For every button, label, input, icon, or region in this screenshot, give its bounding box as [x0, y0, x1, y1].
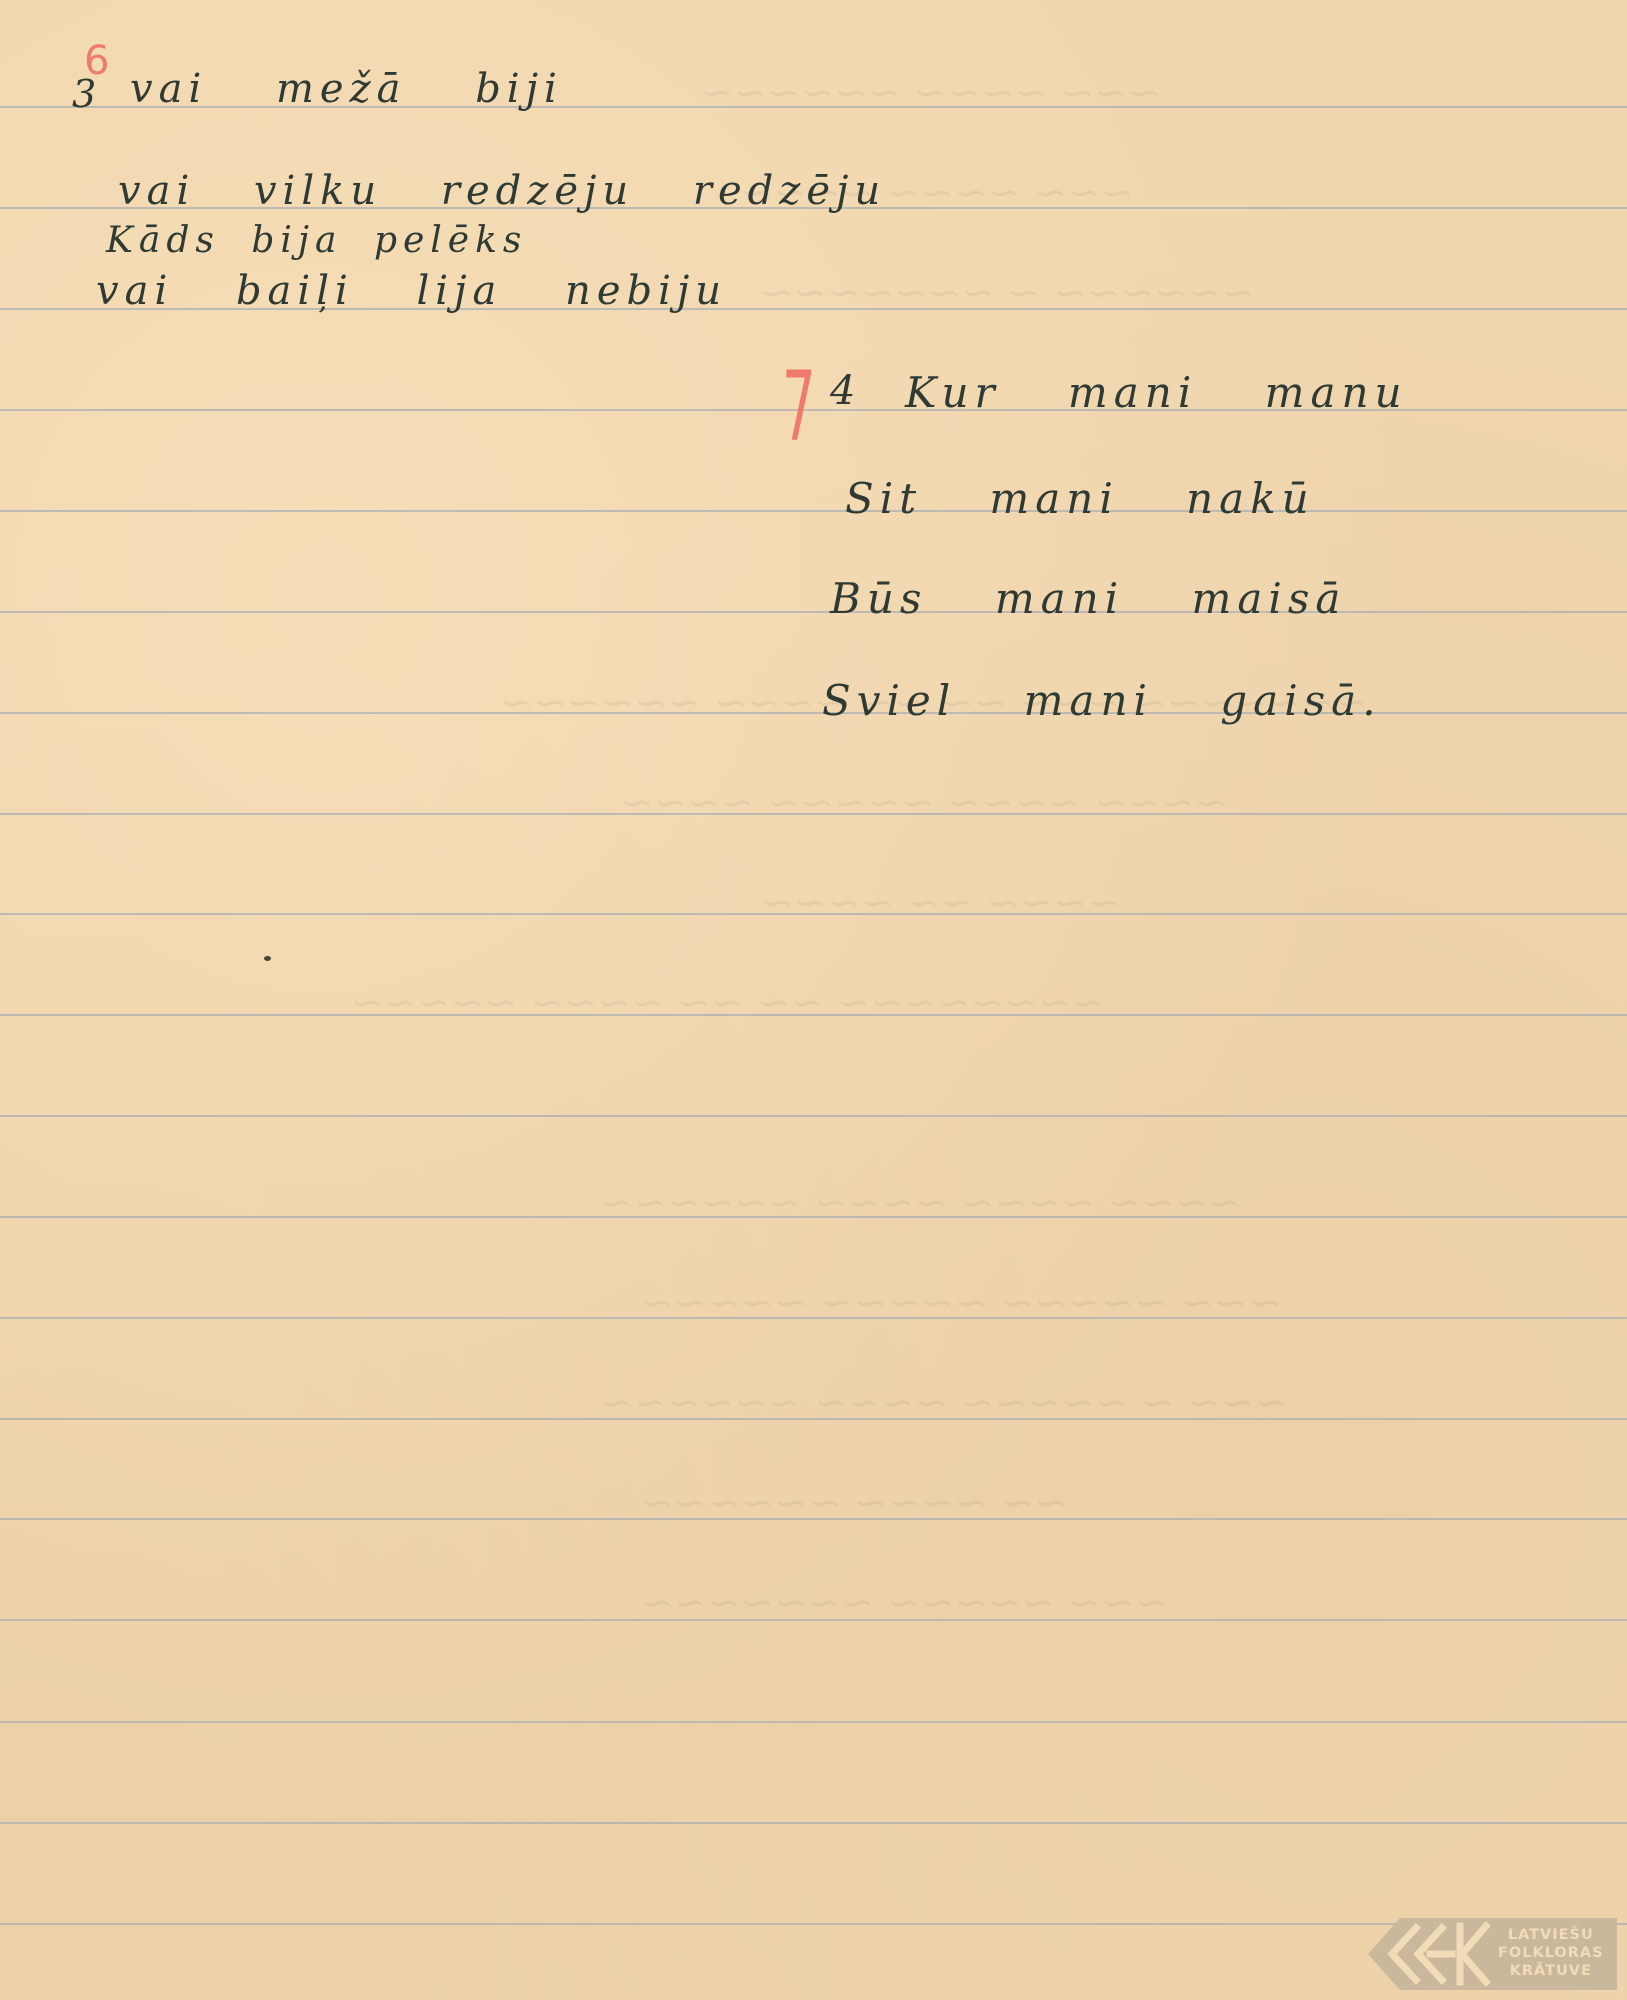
logo-line: FOLKLORAS: [1498, 1944, 1604, 1962]
rule-line: [0, 1822, 1627, 1824]
ink-speck: [264, 956, 271, 961]
item-number-3: 3: [72, 72, 102, 116]
verse-line: Būs mani maisā: [830, 574, 1346, 623]
verse-line: Sit mani nakū: [845, 474, 1315, 523]
logo-line: LATVIEŠU: [1498, 1926, 1604, 1944]
verse-line: Kur mani manu: [905, 368, 1408, 417]
verse-line: vai vilku redzēju redzēju: [118, 168, 886, 214]
verse-line: vai baiļi lija nebiju: [96, 268, 727, 314]
latviesu-folkloras-kratuve-logo: LATVIEŠU FOLKLORAS KRĀTUVE: [1368, 1918, 1617, 1990]
red-number-7: 7: [782, 352, 816, 462]
rule-line: [0, 1721, 1627, 1723]
verse-line: Sviel mani gaisā.: [822, 676, 1382, 725]
rule-line: [0, 1115, 1627, 1117]
verse-line: vai mežā biji: [130, 66, 563, 112]
logo-line: KRĀTUVE: [1498, 1962, 1604, 1980]
rule-line: [0, 510, 1627, 512]
rule-line: [0, 611, 1627, 613]
item-number-4: 4: [830, 368, 861, 414]
logo-text: LATVIEŠU FOLKLORAS KRĀTUVE: [1498, 1926, 1604, 1980]
verse-line: Kāds bija pelēks: [106, 220, 527, 261]
